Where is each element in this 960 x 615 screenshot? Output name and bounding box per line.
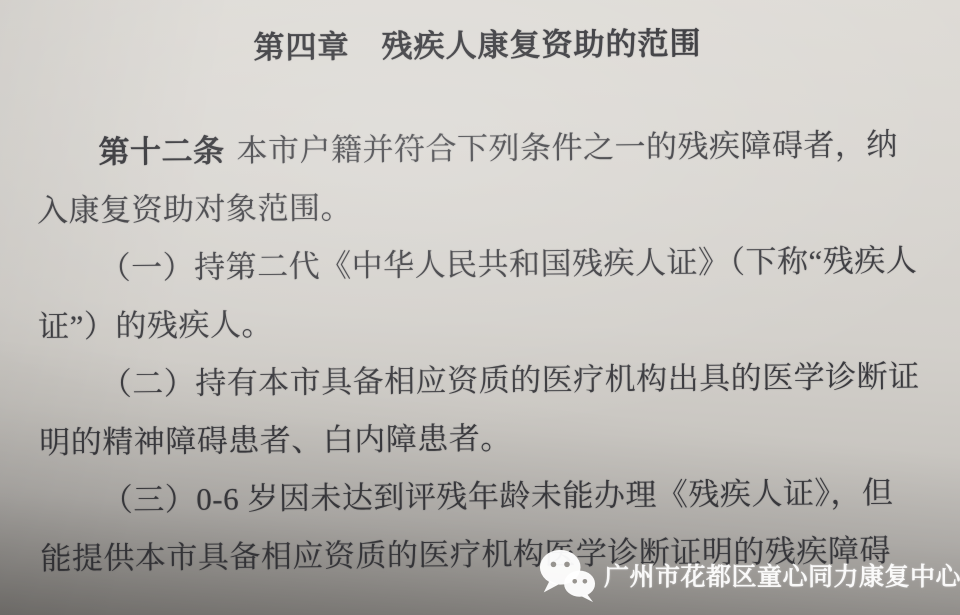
text-line: （一）持第二代《中华人民共和国残疾人证》（下称“残疾人 <box>37 231 950 298</box>
text-line: 明的精神障碍患者、白内障患者。 <box>39 405 952 472</box>
document-photo: 第四章 残疾人康复资助的范围 第十二条本市户籍并符合下列条件之一的残疾障碍者，纳… <box>0 0 960 615</box>
text-line-content: 本市户籍并符合下列条件之一的残疾障碍者，纳 <box>236 127 898 168</box>
text-line: （三）0-6 岁因未达到评残年龄未能办理《残疾人证》，但 <box>40 463 953 530</box>
text-line: （二）持有本市具备相应资质的医疗机构出具的医学诊断证 <box>38 347 951 414</box>
text-line: 第十二条本市户籍并符合下列条件之一的残疾障碍者，纳 <box>36 115 949 182</box>
document-body: 第十二条本市户籍并符合下列条件之一的残疾障碍者，纳 入康复资助对象范围。 （一）… <box>36 115 952 588</box>
obscured-text: 学诊断证明的残疾障碍 <box>576 533 891 571</box>
text-line: 能提供本市具备相应资质的医疗机构医学诊断证明的残疾障碍 <box>40 521 953 588</box>
text-line: 证”）的残疾人。 <box>38 289 951 356</box>
text-line: 入康复资助对象范围。 <box>37 173 950 240</box>
chapter-title: 第四章 残疾人康复资助的范围 <box>0 15 958 69</box>
article-number: 第十二条 <box>98 133 224 169</box>
text-line-content: 能提供本市具备相应资质的医疗机构医 <box>40 536 576 576</box>
document-page: 第四章 残疾人康复资助的范围 第十二条本市户籍并符合下列条件之一的残疾障碍者，纳… <box>0 0 960 615</box>
